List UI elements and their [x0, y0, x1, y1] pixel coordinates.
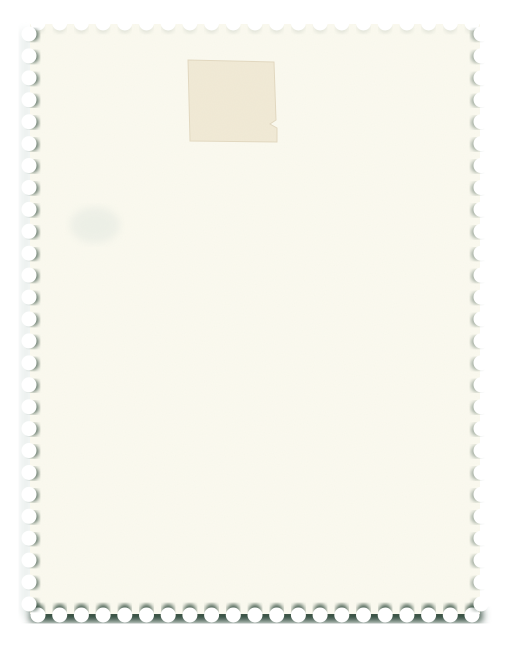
- stamp-hinge: [188, 60, 277, 142]
- stamp-photo: [0, 0, 512, 646]
